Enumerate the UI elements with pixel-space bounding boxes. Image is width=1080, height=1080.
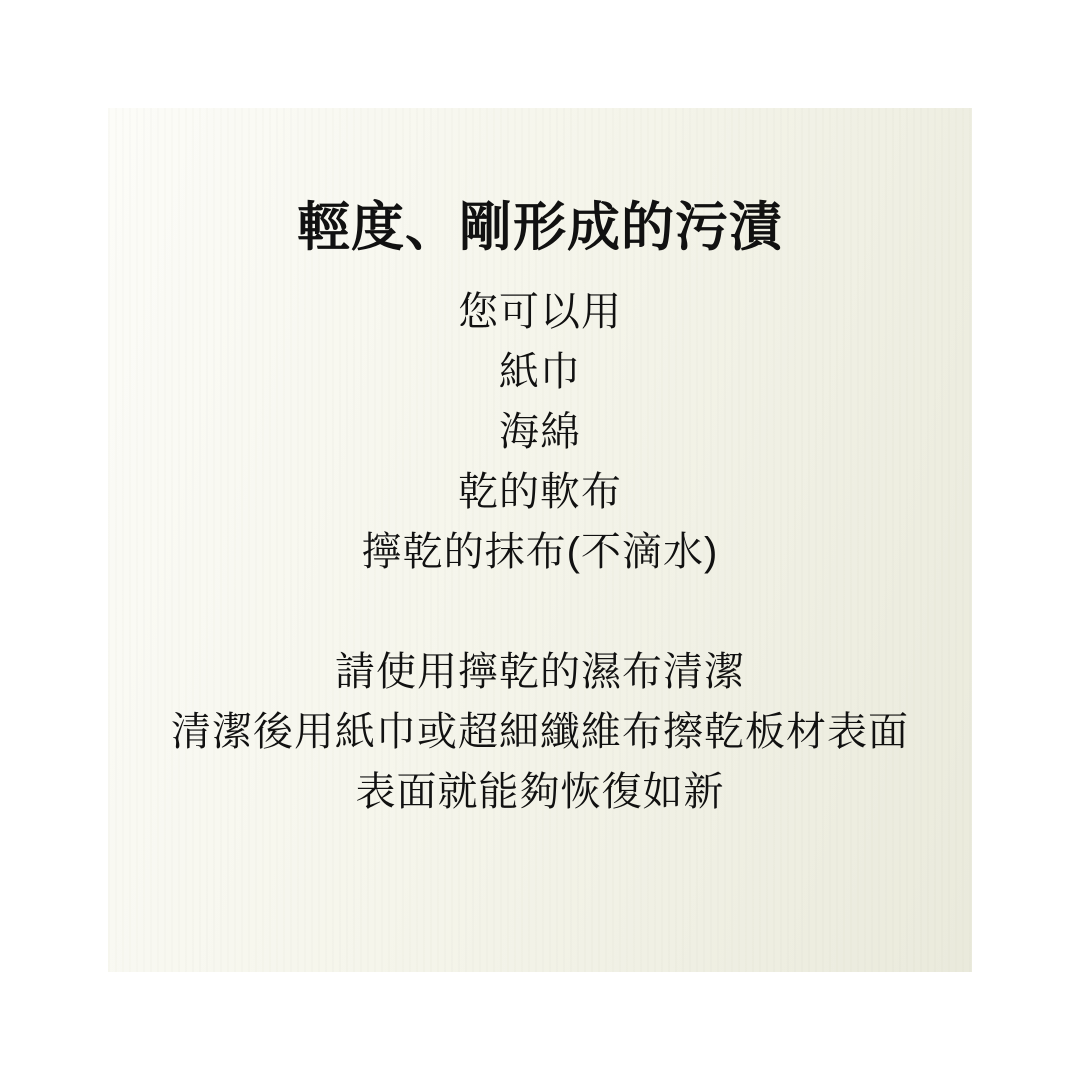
list-item: 海綿: [108, 402, 972, 462]
instructions-paragraph: 請使用擰乾的濕布清潔 清潔後用紙巾或超細纖維布擦乾板材表面 表面就能夠恢復如新: [108, 642, 972, 822]
instruction-line: 清潔後用紙巾或超細纖維布擦乾板材表面: [108, 702, 972, 762]
page-background: 輕度、剛形成的污漬 您可以用 紙巾 海綿 乾的軟布 擰乾的抹布(不滴水) 請使用…: [0, 0, 1080, 1080]
page-title: 輕度、剛形成的污漬: [108, 108, 972, 254]
list-item: 乾的軟布: [108, 462, 972, 522]
list-item: 擰乾的抹布(不滴水): [108, 522, 972, 582]
list-item: 紙巾: [108, 342, 972, 402]
instruction-line: 表面就能夠恢復如新: [108, 762, 972, 822]
content-card: 輕度、剛形成的污漬 您可以用 紙巾 海綿 乾的軟布 擰乾的抹布(不滴水) 請使用…: [108, 108, 972, 972]
instruction-line: 請使用擰乾的濕布清潔: [108, 642, 972, 702]
tools-list: 您可以用 紙巾 海綿 乾的軟布 擰乾的抹布(不滴水): [108, 282, 972, 582]
tools-intro-line: 您可以用: [108, 282, 972, 342]
